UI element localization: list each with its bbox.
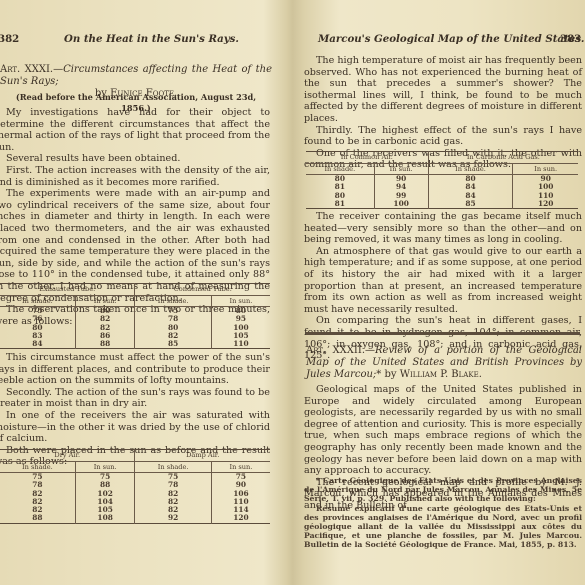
- footnote-text: Résumé explicatif d'une carte géologique…: [304, 504, 582, 550]
- cell: 92: [135, 514, 211, 523]
- table-group-header: In Common Air.: [306, 152, 428, 164]
- table-row: 8810892120: [0, 514, 270, 523]
- paragraph: Geological maps of the United States pub…: [304, 384, 582, 477]
- table-row: 8110085120: [306, 200, 578, 209]
- paragraph: The high temperature of moist air has fr…: [304, 55, 582, 125]
- table-exhausted-condensed: Exhausted Tube. Condensed Tube. In shade…: [0, 283, 270, 349]
- cell: 88: [75, 340, 135, 349]
- footnote-text: * Carte Géologique des Etats-Unis et des…: [304, 476, 582, 504]
- table-col-header: In sun.: [211, 296, 270, 307]
- page-number-left: 382: [0, 33, 19, 45]
- table-group-header: In Carbonic Acid Gas.: [428, 152, 578, 164]
- paragraph: In one of the receivers the air was satu…: [0, 410, 270, 445]
- table-group-header: Exhausted Tube.: [0, 284, 135, 296]
- cell: 120: [211, 514, 270, 523]
- table-common-carbonic: In Common Air. In Carbonic Acid Gas. In …: [306, 151, 578, 209]
- table-col-header: In sun.: [374, 164, 428, 175]
- running-head-title-right: Marcou's Geological Map of the United St…: [318, 33, 584, 45]
- table-col-header: In shade.: [306, 164, 374, 175]
- cell: 110: [211, 340, 270, 349]
- paragraph: Thirdly. The highest effect of the sun's…: [304, 125, 582, 148]
- article2-author: William P. Blake.: [400, 369, 482, 380]
- section-divider-rule: [306, 332, 580, 335]
- table-col-header: In shade.: [428, 164, 513, 175]
- table-col-header: In shade.: [135, 296, 211, 307]
- page-number-right: 383: [560, 33, 581, 45]
- paragraph: An atmosphere of that gas would give to …: [304, 246, 582, 316]
- table-group-header: Dry Air.: [0, 450, 135, 462]
- left-page: 382 On the Heat in the Sun's Rays. Art. …: [0, 0, 290, 585]
- paragraph: First. The action increases with the den…: [0, 165, 270, 188]
- right-page: Marcou's Geological Map of the United St…: [296, 0, 585, 585]
- paragraph: This circumstance must affect the power …: [0, 352, 270, 387]
- cell: 88: [0, 514, 75, 523]
- table-col-header: In sun.: [211, 462, 270, 473]
- table-group-header: Damp Air.: [135, 450, 270, 462]
- table-row: 848885110: [0, 340, 270, 349]
- cell: 100: [374, 200, 428, 209]
- article-number: Art. XXXI.: [0, 64, 53, 75]
- table-col-header: In sun.: [513, 164, 578, 175]
- paragraph: My investigations have had for their obj…: [0, 107, 270, 153]
- footnote: * Carte Géologique des Etats-Unis et des…: [304, 476, 582, 550]
- paragraph: Secondly. The action of the sun's rays w…: [0, 387, 270, 410]
- cell: 108: [75, 514, 135, 523]
- table-group-header: Condensed Tube.: [135, 284, 270, 296]
- cell: 85: [428, 200, 513, 209]
- table-col-header: In shade.: [135, 462, 211, 473]
- cell: 120: [513, 200, 578, 209]
- table-col-header: In shade.: [0, 462, 75, 473]
- cell: 84: [0, 340, 75, 349]
- table-col-header: In sun.: [75, 296, 135, 307]
- article2-number: Art. XXXII.: [306, 345, 365, 356]
- paragraph: The receiver containing the gas became i…: [304, 211, 582, 246]
- right-body-2: The receiver containing the gas became i…: [304, 211, 582, 362]
- byline-word: by: [384, 369, 396, 380]
- article2-heading: Art. XXXII.—Review of a portion of the G…: [306, 345, 582, 381]
- paragraph: Several results have been obtained.: [0, 153, 270, 165]
- table-col-header: In shade.: [0, 296, 75, 307]
- cell: 85: [135, 340, 211, 349]
- cell: 81: [306, 200, 374, 209]
- table-dry-damp: Dry Air. Damp Air. In shade. In sun. In …: [0, 449, 270, 524]
- running-head-title-left: On the Heat in the Sun's Rays.: [64, 33, 239, 45]
- table-col-header: In sun.: [75, 462, 135, 473]
